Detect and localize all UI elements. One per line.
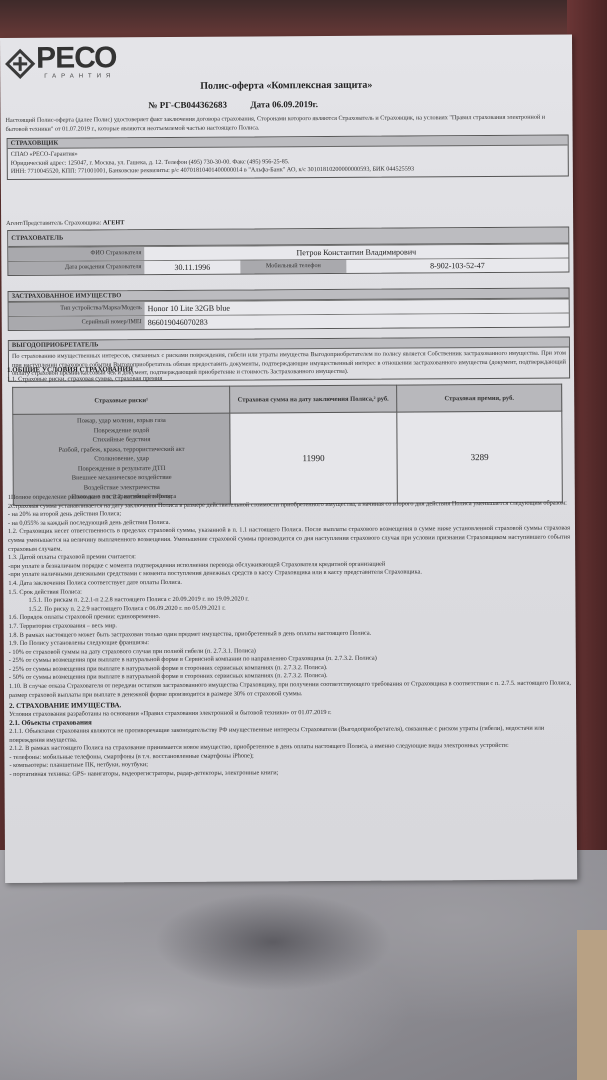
holder-name-value: Петров Константин Владимирович: [144, 245, 568, 261]
clause: 1.2. Страховщик несет ответственность в …: [8, 525, 570, 554]
document-title: Полис-оферта «Комплексная защита»: [0, 79, 572, 93]
insurer-box: СТРАХОВЩИК СПАО «РЕСО-Гарантия» Юридичес…: [7, 135, 569, 180]
risks-table: Страховые риски¹ Страховая сумма на дату…: [12, 384, 563, 506]
premium-value: 3289: [397, 411, 563, 503]
property-model-label: Тип устройства/Марка/Модель: [9, 302, 145, 316]
reso-logo-icon: [4, 48, 36, 80]
holder-name-label: ФИО Страхователя: [8, 247, 144, 261]
logo-text: РЕСО: [36, 43, 116, 73]
policy-number: № РГ-СВ044362683: [148, 100, 227, 110]
property-box: ЗАСТРАХОВАННОЕ ИМУЩЕСТВО Тип устройства/…: [8, 288, 570, 331]
sum-insured-value: 11990: [230, 412, 398, 504]
holder-birth-label: Дата рождения Страхователя: [8, 261, 144, 275]
holder-phone-label: Мобильный телефон: [240, 260, 346, 274]
intro-text: Настоящий Полис-оферта (далее Полис) удо…: [5, 113, 565, 134]
terms-block: 1Полное определение рисков дано в п. 2.2…: [8, 491, 572, 780]
risks-col-header: Страховые риски¹: [13, 386, 230, 414]
section1-header: 1.ОБЩИЕ УСЛОВИЯ СТРАХОВАНИЯ: [7, 365, 133, 374]
floor-background: [577, 930, 607, 1080]
holder-birth-value: 30.11.1996: [144, 261, 240, 275]
clause: 1.10. В случае отказа Страхователя от пе…: [9, 680, 571, 701]
property-imei-label: Серийный номер/IMEI: [9, 316, 145, 330]
agent-label: Агент/Представитель Страховщика:: [6, 219, 101, 227]
premium-col-header: Страховая премия, руб.: [397, 384, 562, 412]
property-imei-value: 866019046070283: [145, 314, 569, 330]
fabric-background: [0, 850, 607, 1080]
logo-subtext: ГАРАНТИЯ: [44, 73, 115, 79]
policy-date: Дата 06.09.2019г.: [250, 99, 318, 109]
sum-col-header: Страховая сумма на дату заключения Полис…: [230, 385, 397, 413]
policyholder-box: СТРАХОВАТЕЛЬ ФИО Страхователя Петров Кон…: [7, 227, 569, 276]
risk-list: Пожар, удар молнии, взрыв газа Поврежден…: [13, 413, 231, 505]
policy-document: РЕСО ГАРАНТИЯ Полис-оферта «Комплексная …: [0, 35, 577, 883]
agent-line: Агент/Представитель Страховщика: АГЕНТ: [6, 219, 124, 227]
agent-value: АГЕНТ: [103, 219, 125, 226]
property-model-value: Honor 10 Lite 32GB blue: [145, 300, 569, 316]
holder-phone-value: 8-902-103-52-47: [346, 259, 568, 273]
